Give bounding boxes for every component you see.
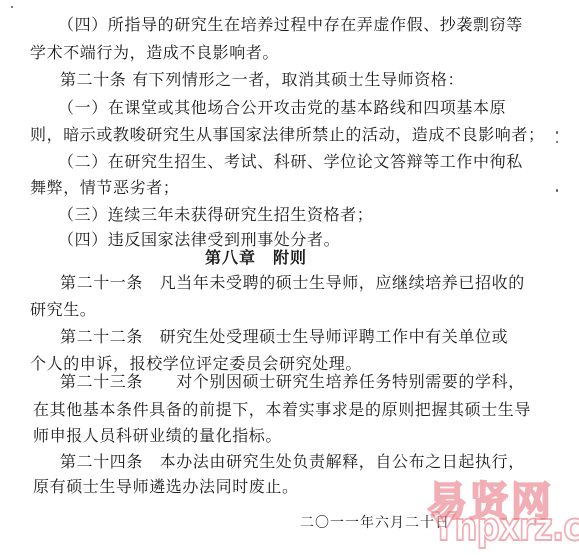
document-text-line: 舞弊，情节恶劣者；: [30, 178, 179, 198]
document-text-line: （四）所指导的研究生在培养过程中存在弄虚作假、抄袭剽窃等: [58, 15, 523, 35]
document-text-line: 师申报人员科研业绩的量化指标。: [33, 426, 282, 446]
document-text-line: 第二十一条 凡当年未受聘的硕士生导师，应继续培养已招收的: [60, 273, 525, 293]
document-text-line: 第二十三条 对个别因硕士研究生培养任务特别需要的学科，: [60, 372, 525, 392]
document-text-line: 在其他基本条件具备的前提下，本着实事求是的原则把握其硕士生导: [33, 400, 531, 420]
scan-speck: [556, 141, 558, 143]
scan-speck: [556, 131, 558, 134]
scan-speck: [556, 189, 558, 192]
document-text-line: （四）违反国家法律受到刑事处分者。: [58, 230, 340, 250]
watermark-logo-en: Ynpxrz.com: [432, 505, 579, 549]
document-text-line: 第二十四条 本办法由研究生处负责解释，自公布之日起执行，: [60, 452, 525, 472]
chapter-heading: 第八章 附则: [205, 248, 307, 268]
document-text-line: （三）连续三年未获得研究生招生资格者；: [58, 205, 373, 225]
document-text-line: 研究生。: [30, 300, 96, 320]
document-page: （四）所指导的研究生在培养过程中存在弄虚作假、抄袭剽窃等学术不端行为，造成不良影…: [0, 0, 579, 555]
document-text-line: 个人的申诉，报校学位评定委员会研究处理。: [30, 354, 362, 374]
document-text-line: 学术不端行为，造成不良影响者。: [30, 43, 279, 63]
scan-speck: [11, 6, 13, 8]
document-text-line: 则，暗示或教唆研究生从事国家法律所禁止的活动，造成不良影响者；: [30, 125, 545, 145]
document-text-line: 第二十条 有下列情形之一者，取消其硕士生导师资格：: [60, 70, 464, 90]
document-text-line: （一）在课堂或其他场合公开攻击党的基本路线和四项基本原: [58, 98, 506, 118]
document-text-line: 第二十二条 研究生处受理硕士生导师评聘工作中有关单位或: [60, 327, 508, 347]
document-text-line: 原有硕士生导师遴选办法同时废止。: [33, 477, 299, 497]
document-text-line: （二）在研究生招生、考试、科研、学位论文答辩等工作中徇私: [58, 152, 523, 172]
